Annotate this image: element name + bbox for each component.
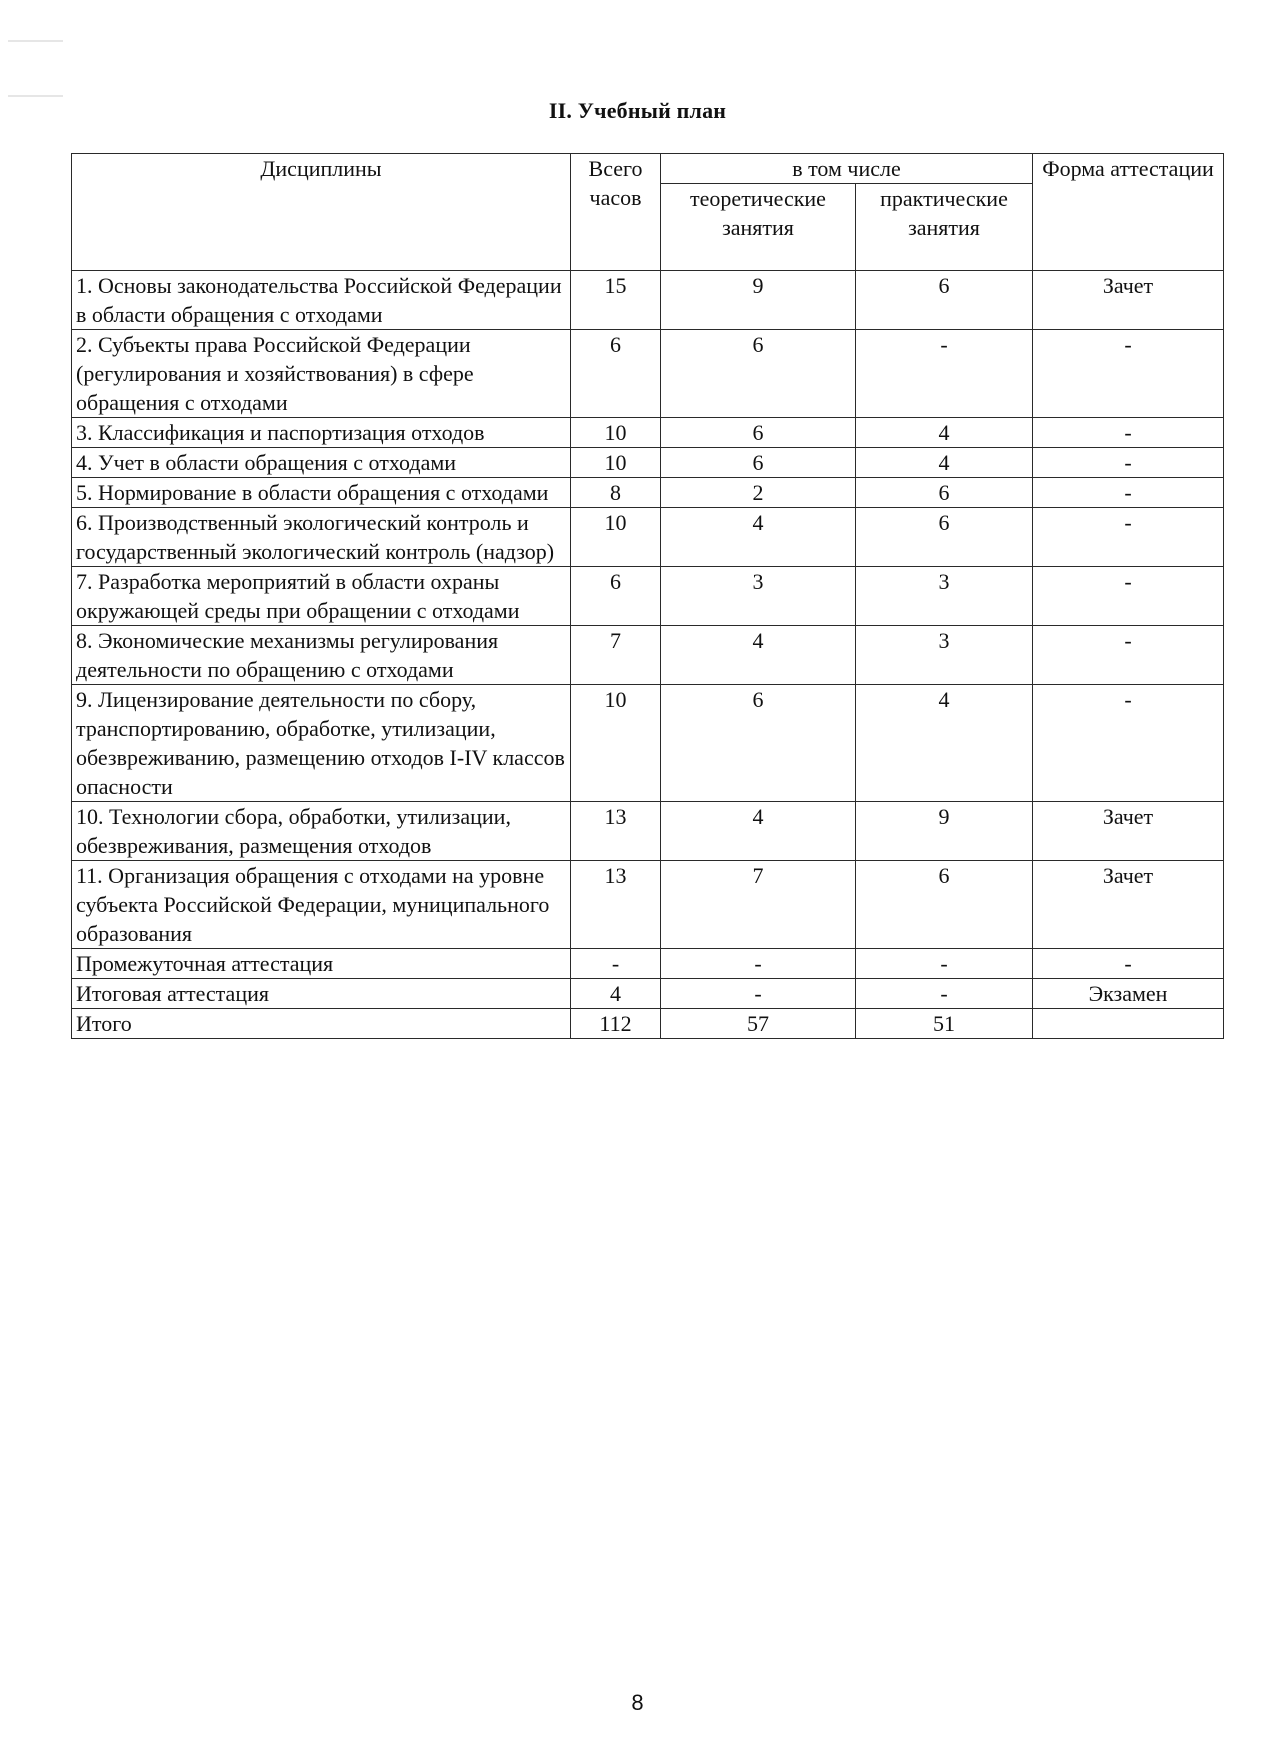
- total-hours-cell: 4: [571, 979, 661, 1009]
- theoretical-hours-cell: 6: [661, 418, 856, 448]
- practical-hours-cell: 6: [856, 861, 1033, 949]
- practical-hours-cell: 51: [856, 1009, 1033, 1039]
- discipline-name-cell: 5. Нормирование в области обращения с от…: [72, 478, 571, 508]
- practical-hours-cell: -: [856, 979, 1033, 1009]
- table-row: 7. Разработка мероприятий в области охра…: [72, 567, 1224, 626]
- scan-artifact: [8, 95, 63, 97]
- header-theoretical: теоретические занятия: [661, 184, 856, 271]
- table-row: 6. Производственный экологический контро…: [72, 508, 1224, 567]
- header-including: в том числе: [661, 154, 1033, 184]
- attestation-form-cell: -: [1033, 567, 1224, 626]
- practical-hours-cell: 4: [856, 418, 1033, 448]
- curriculum-table: Дисциплины Всего часов в том числе Форма…: [71, 153, 1224, 1039]
- theoretical-hours-cell: 4: [661, 626, 856, 685]
- header-row: Дисциплины Всего часов в том числе Форма…: [72, 154, 1224, 184]
- total-hours-cell: 8: [571, 478, 661, 508]
- attestation-form-cell: [1033, 1009, 1224, 1039]
- discipline-name-cell: 1. Основы законодательства Российской Фе…: [72, 271, 571, 330]
- total-hours-cell: 13: [571, 802, 661, 861]
- attestation-form-cell: -: [1033, 478, 1224, 508]
- theoretical-hours-cell: 7: [661, 861, 856, 949]
- practical-hours-cell: 4: [856, 448, 1033, 478]
- attestation-form-cell: -: [1033, 508, 1224, 567]
- theoretical-hours-cell: 2: [661, 478, 856, 508]
- table-row: 10. Технологии сбора, обработки, утилиза…: [72, 802, 1224, 861]
- total-hours-cell: 112: [571, 1009, 661, 1039]
- table-row: 3. Классификация и паспортизация отходов…: [72, 418, 1224, 448]
- total-hours-cell: -: [571, 949, 661, 979]
- table-row: 1. Основы законодательства Российской Фе…: [72, 271, 1224, 330]
- theoretical-hours-cell: 6: [661, 448, 856, 478]
- practical-hours-cell: 6: [856, 478, 1033, 508]
- page-number: 8: [0, 1690, 1275, 1716]
- total-hours-cell: 10: [571, 448, 661, 478]
- attestation-form-cell: -: [1033, 330, 1224, 418]
- theoretical-hours-cell: -: [661, 979, 856, 1009]
- attestation-form-cell: -: [1033, 418, 1224, 448]
- attestation-form-cell: Экзамен: [1033, 979, 1224, 1009]
- summary-row: Промежуточная аттестация----: [72, 949, 1224, 979]
- table-row: 2. Субъекты права Российской Федерации (…: [72, 330, 1224, 418]
- attestation-form-cell: Зачет: [1033, 802, 1224, 861]
- attestation-form-cell: -: [1033, 949, 1224, 979]
- total-hours-cell: 15: [571, 271, 661, 330]
- theoretical-hours-cell: 6: [661, 685, 856, 802]
- discipline-name-cell: 4. Учет в области обращения с отходами: [72, 448, 571, 478]
- total-hours-cell: 13: [571, 861, 661, 949]
- practical-hours-cell: 6: [856, 508, 1033, 567]
- practical-hours-cell: 6: [856, 271, 1033, 330]
- practical-hours-cell: 3: [856, 626, 1033, 685]
- discipline-name-cell: 10. Технологии сбора, обработки, утилиза…: [72, 802, 571, 861]
- theoretical-hours-cell: -: [661, 949, 856, 979]
- discipline-name-cell: 11. Организация обращения с отходами на …: [72, 861, 571, 949]
- theoretical-hours-cell: 4: [661, 802, 856, 861]
- table-row: 5. Нормирование в области обращения с от…: [72, 478, 1224, 508]
- attestation-form-cell: -: [1033, 685, 1224, 802]
- attestation-form-cell: -: [1033, 448, 1224, 478]
- summary-row: Итоговая аттестация4--Экзамен: [72, 979, 1224, 1009]
- attestation-form-cell: Зачет: [1033, 271, 1224, 330]
- table-body: 1. Основы законодательства Российской Фе…: [72, 271, 1224, 1039]
- theoretical-hours-cell: 6: [661, 330, 856, 418]
- header-practical: практические занятия: [856, 184, 1033, 271]
- discipline-name-cell: Итоговая аттестация: [72, 979, 571, 1009]
- table-row: 9. Лицензирование деятельности по сбору,…: [72, 685, 1224, 802]
- practical-hours-cell: 9: [856, 802, 1033, 861]
- theoretical-hours-cell: 9: [661, 271, 856, 330]
- practical-hours-cell: 4: [856, 685, 1033, 802]
- total-hours-cell: 10: [571, 685, 661, 802]
- total-hours-cell: 7: [571, 626, 661, 685]
- header-total-hours: Всего часов: [571, 154, 661, 271]
- discipline-name-cell: 2. Субъекты права Российской Федерации (…: [72, 330, 571, 418]
- attestation-form-cell: -: [1033, 626, 1224, 685]
- discipline-name-cell: Итого: [72, 1009, 571, 1039]
- practical-hours-cell: 3: [856, 567, 1033, 626]
- total-hours-cell: 6: [571, 330, 661, 418]
- theoretical-hours-cell: 3: [661, 567, 856, 626]
- attestation-form-cell: Зачет: [1033, 861, 1224, 949]
- header-discipline: Дисциплины: [72, 154, 571, 271]
- table-row: 4. Учет в области обращения с отходами10…: [72, 448, 1224, 478]
- discipline-name-cell: 7. Разработка мероприятий в области охра…: [72, 567, 571, 626]
- theoretical-hours-cell: 57: [661, 1009, 856, 1039]
- discipline-name-cell: 6. Производственный экологический контро…: [72, 508, 571, 567]
- page-title: II. Учебный план: [0, 98, 1275, 124]
- scan-artifact: [8, 40, 63, 42]
- theoretical-hours-cell: 4: [661, 508, 856, 567]
- total-hours-cell: 10: [571, 508, 661, 567]
- discipline-name-cell: 3. Классификация и паспортизация отходов: [72, 418, 571, 448]
- header-attestation-form: Форма аттестации: [1033, 154, 1224, 271]
- practical-hours-cell: -: [856, 949, 1033, 979]
- total-hours-cell: 10: [571, 418, 661, 448]
- table-row: 8. Экономические механизмы регулирования…: [72, 626, 1224, 685]
- discipline-name-cell: 8. Экономические механизмы регулирования…: [72, 626, 571, 685]
- total-hours-cell: 6: [571, 567, 661, 626]
- summary-row: Итого1125751: [72, 1009, 1224, 1039]
- discipline-name-cell: Промежуточная аттестация: [72, 949, 571, 979]
- discipline-name-cell: 9. Лицензирование деятельности по сбору,…: [72, 685, 571, 802]
- table-row: 11. Организация обращения с отходами на …: [72, 861, 1224, 949]
- practical-hours-cell: -: [856, 330, 1033, 418]
